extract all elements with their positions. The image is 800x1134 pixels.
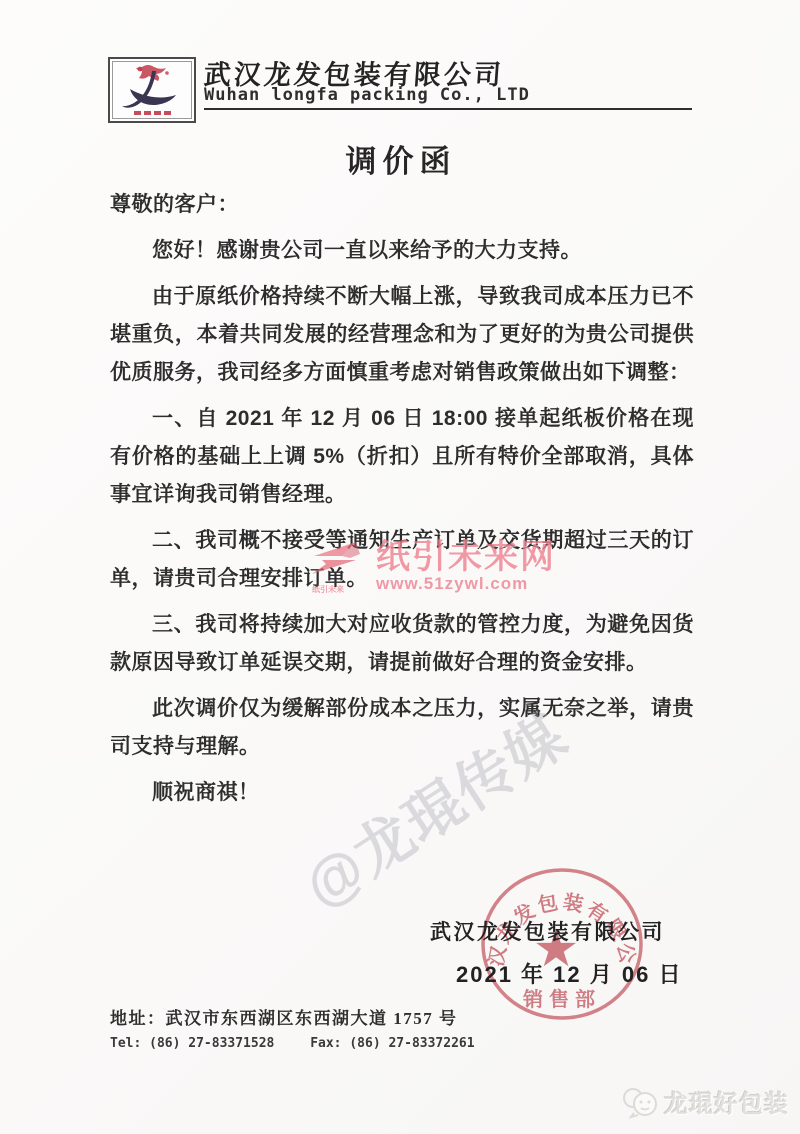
paragraph: 您好！感谢贵公司一直以来给予的大力支持。 [110, 232, 694, 270]
signature-date: 2021 年 12 月 06 日 [456, 958, 682, 989]
chat-faces-icon [620, 1085, 660, 1119]
document-title: 调价函 [110, 136, 692, 181]
letter-body: 尊敬的客户： 您好！感谢贵公司一直以来给予的大力支持。 由于原纸价格持续不断大幅… [110, 186, 694, 820]
footer-fax: Fax: (86) 27-83372261 [310, 1036, 474, 1051]
watermark-corner-text: 龙琨好包装 [664, 1084, 789, 1119]
paragraph: 此次调价仅为缓解部份成本之压力，实属无奈之举，请贵司支持与理解。 [110, 690, 694, 766]
watermark-longkun-packaging: 龙琨好包装 [620, 1084, 789, 1119]
paragraph: 由于原纸价格持续不断大幅上涨，导致我司成本压力已不堪重负，本着共同发展的经营理念… [110, 278, 694, 392]
salutation: 尊敬的客户： [110, 186, 694, 224]
company-name-en: Wuhan longfa packing Co., LTD [204, 85, 692, 110]
dragon-l-logo-icon [112, 61, 192, 119]
footer-telfax: Tel: (86) 27-83371528 Fax: (86) 27-83372… [110, 1036, 475, 1051]
letterhead: 武汉龙发包装有限公司 Wuhan longfa packing Co., LTD [108, 55, 692, 117]
seal-department-text: 销售部 [523, 987, 601, 1011]
company-logo [108, 57, 196, 123]
paragraph-item-2: 二、我司概不接受等通知生产订单及交货期超过三天的订单，请贵司合理安排订单。 [110, 522, 694, 598]
paragraph-item-1: 一、自 2021 年 12 月 06 日 18:00 接单起纸板价格在现有价格的… [110, 400, 694, 514]
closing-wish: 顺祝商祺！ [110, 774, 694, 812]
price-adjustment-letter: 武汉龙发包装有限公司 Wuhan longfa packing Co., LTD… [0, 0, 800, 1134]
paragraph-item-3: 三、我司将持续加大对应收货款的管控力度，为避免因货款原因导致订单延误交期，请提前… [110, 606, 694, 682]
signature-company: 武汉龙发包装有限公司 [430, 916, 665, 946]
footer-address: 地址：武汉市东西湖区东西湖大道 1757 号 [110, 1004, 458, 1029]
footer-tel: Tel: (86) 27-83371528 [110, 1036, 274, 1051]
